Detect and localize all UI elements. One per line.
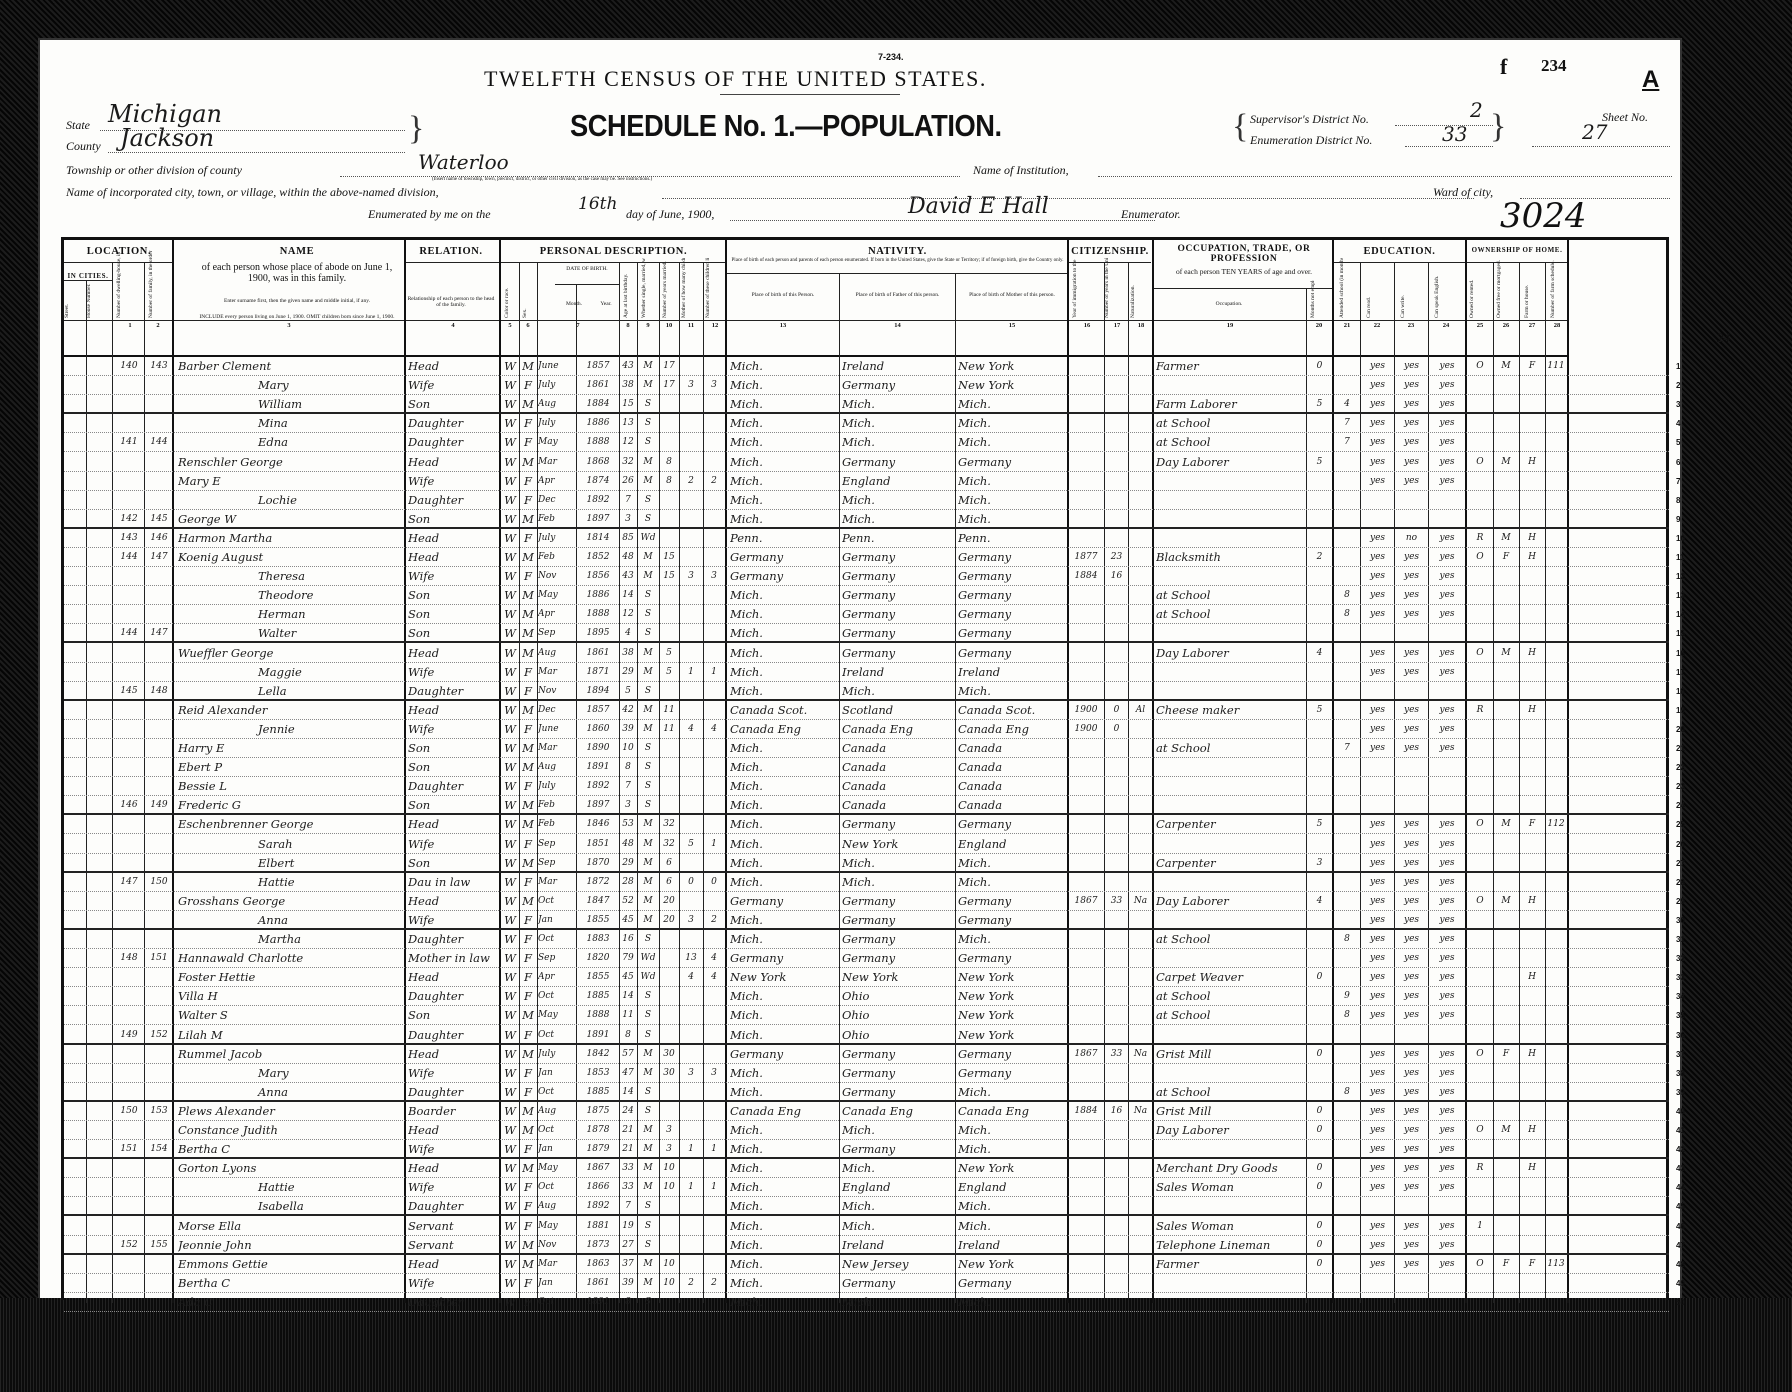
mother-of-children-cell: 1 <box>679 1178 703 1197</box>
sex-cell: M <box>519 892 537 911</box>
farm-or-house-cell <box>1519 1140 1545 1159</box>
mother-of-children-cell: 2 <box>679 472 703 491</box>
institution-label: Name of Institution, <box>973 163 1069 178</box>
birth-year-cell: 1897 <box>577 796 619 815</box>
dwelling-number-cell <box>114 472 144 491</box>
birthplace-father-cell: Germany <box>842 644 954 663</box>
owned-or-rented-cell <box>1467 1102 1493 1121</box>
col-num: 16 <box>1069 322 1105 329</box>
can-write-cell <box>1395 510 1428 529</box>
birthplace-mother-cell: Mich. <box>958 433 1066 452</box>
mother-of-children-cell <box>679 510 703 529</box>
can-read-cell: yes <box>1361 1217 1394 1236</box>
marital-header: Whether single, married, widowed, or div… <box>641 258 659 318</box>
occupation-cell: Day Laborer <box>1156 453 1306 472</box>
line-number: 22 <box>1676 758 1685 777</box>
birth-year-cell: 1891 <box>577 1026 619 1045</box>
children-living-cell <box>703 777 725 796</box>
immigration-year-cell <box>1068 1006 1104 1025</box>
attended-school-cell: 8 <box>1334 930 1360 949</box>
owned-free-mortgaged-cell: M <box>1493 529 1519 548</box>
table-row: 151154Bertha CWifeWFJan187921M311Mich.Ge… <box>64 1140 1669 1159</box>
occupation-cell: Carpet Weaver <box>1156 968 1306 987</box>
owned-free-mortgaged-cell <box>1493 682 1519 701</box>
marital-status-cell: S <box>637 1006 659 1025</box>
birthplace-father-cell: Germany <box>842 624 954 643</box>
children-living-cell <box>703 510 725 529</box>
can-write-cell: yes <box>1395 930 1428 949</box>
farm-schedule-number-cell <box>1545 1083 1567 1102</box>
months-unemployed-cell: 5 <box>1307 701 1332 720</box>
farm-schedule-number-cell <box>1545 1006 1567 1025</box>
birth-month-cell: Jan <box>538 1064 576 1083</box>
sex-cell: M <box>519 1255 537 1274</box>
occupation-cell: at School <box>1156 1006 1306 1025</box>
owned-or-rented-cell <box>1467 1026 1493 1045</box>
farm-or-house-cell <box>1519 796 1545 815</box>
occupation-cell <box>1156 1140 1306 1159</box>
birthplace-mother-cell: New York <box>958 968 1066 987</box>
can-write-cell: yes <box>1395 663 1428 682</box>
relationship-cell: Wife <box>408 376 498 395</box>
farm-schedule-number-cell <box>1545 758 1567 777</box>
family-number-cell <box>146 777 172 796</box>
months-unemployed-cell <box>1307 1083 1332 1102</box>
dwelling-number-cell <box>114 911 144 930</box>
can-speak-english-cell: yes <box>1429 567 1465 586</box>
dwelling-number-cell <box>114 644 144 663</box>
col-num: 3 <box>174 322 404 329</box>
can-read-cell <box>1361 758 1394 777</box>
color-race-cell: W <box>501 1045 519 1064</box>
age-header: Age at last birthday. <box>623 258 633 318</box>
birthplace-mother-cell: Germany <box>958 453 1066 472</box>
owned-or-rented-cell: R <box>1467 529 1493 548</box>
sheet-letter: A <box>1642 66 1659 94</box>
color-race-cell: W <box>501 1026 519 1045</box>
children-living-cell <box>703 1236 725 1255</box>
owned-free-mortgaged-cell <box>1493 395 1519 414</box>
marital-status-cell: S <box>637 1197 659 1216</box>
owned-free-mortgaged-cell <box>1493 987 1519 1006</box>
birthplace-person-cell: Mich. <box>730 1217 838 1236</box>
family-number-cell <box>146 1083 172 1102</box>
mother-of-children-cell <box>679 605 703 624</box>
sex-cell: F <box>519 663 537 682</box>
can-read-cell: yes <box>1361 873 1394 892</box>
owned-or-rented-cell <box>1467 510 1493 529</box>
line-number: 28 <box>1676 873 1685 892</box>
dwelling-number-cell: 151 <box>114 1140 144 1159</box>
person-name-cell: Bertha C <box>178 1274 402 1293</box>
farm-or-house-cell <box>1519 758 1545 777</box>
birthplace-person-cell: Mich. <box>730 644 838 663</box>
children-living-cell <box>703 395 725 414</box>
naturalization-cell: Na <box>1129 1102 1152 1121</box>
years-married-cell <box>659 758 679 777</box>
farm-or-house-cell <box>1519 1064 1545 1083</box>
family-number-cell <box>146 911 172 930</box>
person-name-cell: Eschenbrenner George <box>178 815 402 834</box>
color-race-cell: W <box>501 873 519 892</box>
table-row: HermanSonWMApr188812SMich.GermanyGermany… <box>64 605 1669 624</box>
children-living-cell: 1 <box>703 1140 725 1159</box>
owned-or-rented-cell <box>1467 1140 1493 1159</box>
owned-free-mortgaged-cell <box>1493 433 1519 452</box>
naturalization-cell <box>1129 433 1152 452</box>
years-married-cell: 6 <box>659 873 679 892</box>
owned-free-mortgaged-cell: F <box>1493 1045 1519 1064</box>
age-cell: 29 <box>619 854 637 873</box>
can-read-cell: yes <box>1361 357 1394 376</box>
can-read-cell: yes <box>1361 930 1394 949</box>
sex-cell: F <box>519 1083 537 1102</box>
owned-or-rented-cell <box>1467 796 1493 815</box>
owned-free-mortgaged-cell: M <box>1493 357 1519 376</box>
birthplace-person-cell: Canada Eng <box>730 720 838 739</box>
age-cell: 39 <box>619 1274 637 1293</box>
person-name-cell: Mary E <box>178 472 402 491</box>
owned-or-rented-cell <box>1467 472 1493 491</box>
family-number-cell: 150 <box>146 873 172 892</box>
birth-year-cell: 1875 <box>577 1102 619 1121</box>
dwelling-number-cell: 142 <box>114 510 144 529</box>
owned-or-rented-cell: 1 <box>1467 1217 1493 1236</box>
immigration-year-cell <box>1068 1140 1104 1159</box>
occupation-cell: Sales Woman <box>1156 1217 1306 1236</box>
naturalization-cell <box>1129 1026 1152 1045</box>
birthplace-person-cell: Mich. <box>730 605 838 624</box>
farm-schedule-number-cell: 112 <box>1545 815 1567 834</box>
immigration-year-cell <box>1068 835 1104 854</box>
name-description: of each person whose place of abode on J… <box>192 262 402 284</box>
birthplace-mother-cell: Canada <box>958 739 1066 758</box>
color-race-cell: W <box>501 1236 519 1255</box>
mother-of-children-cell <box>679 548 703 567</box>
sex-cell: M <box>519 586 537 605</box>
citizenship-header: CITIZENSHIP. <box>1069 246 1151 257</box>
attended-school-cell <box>1334 758 1360 777</box>
can-write-cell: yes <box>1395 414 1428 433</box>
age-cell: 8 <box>619 1026 637 1045</box>
line-number: 40 <box>1676 1102 1685 1121</box>
birth-year-cell: 1881 <box>577 1217 619 1236</box>
dwelling-number-cell <box>114 987 144 1006</box>
farm-or-house-cell: F <box>1519 357 1545 376</box>
owned-or-rented-cell: R <box>1467 701 1493 720</box>
person-name-cell: Plews Alexander <box>178 1102 402 1121</box>
person-name-cell: Herman <box>178 605 402 624</box>
mother-of-children-cell: 1 <box>679 663 703 682</box>
owned-or-rented-cell: O <box>1467 1255 1493 1274</box>
can-speak-english-cell <box>1429 758 1465 777</box>
can-write-cell: yes <box>1395 854 1428 873</box>
can-write-cell: yes <box>1395 605 1428 624</box>
enumerator-label: Enumerator. <box>1121 207 1181 222</box>
immigration-year-cell <box>1068 1121 1104 1140</box>
naturalization-cell <box>1129 395 1152 414</box>
relationship-cell: Daughter <box>408 1293 498 1312</box>
birthplace-person-cell: Mich. <box>730 1197 838 1216</box>
occupation-cell <box>1156 949 1306 968</box>
years-married-cell <box>659 510 679 529</box>
can-speak-english-cell <box>1429 510 1465 529</box>
attended-school-cell: 8 <box>1334 605 1360 624</box>
birthplace-person-cell: Mich. <box>730 510 838 529</box>
person-name-cell: Ada C <box>178 1293 402 1312</box>
birthplace-father-cell: Mich. <box>842 1121 954 1140</box>
birthplace-father-cell: Germany <box>842 567 954 586</box>
mother-of-header: Mother of how many children. <box>681 258 699 318</box>
months-unemployed-cell: 2 <box>1307 548 1332 567</box>
naturalization-cell <box>1129 854 1152 873</box>
can-write-cell: yes <box>1395 1102 1428 1121</box>
birthplace-father-cell: Penn. <box>842 529 954 548</box>
age-cell: 45 <box>619 911 637 930</box>
relationship-cell: Daughter <box>408 777 498 796</box>
table-row: HattieWifeWFOct186633M1011Mich.EnglandEn… <box>64 1178 1669 1197</box>
can-speak-english-cell: yes <box>1429 605 1465 624</box>
farm-or-house-cell: F <box>1519 815 1545 834</box>
months-unemployed-cell <box>1307 567 1332 586</box>
children-living-cell <box>703 586 725 605</box>
can-write-cell: yes <box>1395 835 1428 854</box>
birthplace-person-cell: Mich. <box>730 835 838 854</box>
can-speak-english-cell <box>1429 491 1465 510</box>
naturalization-cell <box>1129 796 1152 815</box>
line-number: 12 <box>1676 567 1685 586</box>
birthplace-person-cell: Mich. <box>730 663 838 682</box>
can-read-cell <box>1361 491 1394 510</box>
can-read-cell: yes <box>1361 548 1394 567</box>
can-read-cell: yes <box>1361 663 1394 682</box>
relationship-cell: Head <box>408 892 498 911</box>
owned-or-rented-cell <box>1467 395 1493 414</box>
years-in-us-cell <box>1105 491 1128 510</box>
age-cell: 10 <box>619 739 637 758</box>
owned-free-mortgaged-cell <box>1493 835 1519 854</box>
person-name-cell: Harmon Martha <box>178 529 402 548</box>
sex-cell: M <box>519 453 537 472</box>
in-cities-header: IN CITIES. <box>64 272 112 280</box>
attended-school-cell <box>1334 892 1360 911</box>
age-cell: 13 <box>619 414 637 433</box>
can-write-cell: yes <box>1395 586 1428 605</box>
farm-or-house-cell <box>1519 1217 1545 1236</box>
marital-status-cell: M <box>637 453 659 472</box>
line-number: 36 <box>1676 1026 1685 1045</box>
naturalization-cell <box>1129 1121 1152 1140</box>
months-unemployed-header: Months not employed. <box>1310 280 1328 318</box>
can-write-cell: yes <box>1395 376 1428 395</box>
color-race-cell: W <box>501 949 519 968</box>
owned-or-rented-cell <box>1467 739 1493 758</box>
birthplace-father-cell: Canada <box>842 739 954 758</box>
immigration-year-cell <box>1068 1255 1104 1274</box>
birthplace-father-cell: Mich. <box>842 873 954 892</box>
occupation-cell: Grist Mill <box>1156 1102 1306 1121</box>
occupation-cell <box>1156 624 1306 643</box>
birthplace-father-cell: Germany <box>842 911 954 930</box>
naturalization-cell <box>1129 472 1152 491</box>
can-read-cell <box>1361 777 1394 796</box>
children-living-cell: 2 <box>703 1274 725 1293</box>
relationship-cell: Boarder <box>408 1102 498 1121</box>
farm-schedule-number-cell <box>1545 663 1567 682</box>
attended-school-cell <box>1334 1064 1360 1083</box>
age-cell: 43 <box>619 357 637 376</box>
birth-month-cell: Jan <box>538 1274 576 1293</box>
years-in-us-cell: 33 <box>1105 1045 1128 1064</box>
page-mark: f <box>1500 54 1507 80</box>
age-cell: 48 <box>619 835 637 854</box>
can-speak-english-cell: yes <box>1429 987 1465 1006</box>
col-num: 27 <box>1519 322 1545 329</box>
can-speak-english-cell: yes <box>1429 930 1465 949</box>
can-speak-english-cell: yes <box>1429 873 1465 892</box>
owned-or-rented-cell <box>1467 586 1493 605</box>
relationship-cell: Son <box>408 796 498 815</box>
occupation-cell: at School <box>1156 414 1306 433</box>
years-in-us-cell <box>1105 510 1128 529</box>
naturalization-cell <box>1129 1159 1152 1178</box>
line-number: 6 <box>1676 453 1680 472</box>
sex-cell: F <box>519 968 537 987</box>
birth-month-cell: July <box>538 376 576 395</box>
birth-month-cell: Oct <box>538 1293 576 1312</box>
sex-cell: F <box>519 949 537 968</box>
birth-year-cell: 1857 <box>577 357 619 376</box>
years-in-us-cell <box>1105 968 1128 987</box>
years-married-cell <box>659 1217 679 1236</box>
immigration-year-cell <box>1068 796 1104 815</box>
naturalization-cell <box>1129 624 1152 643</box>
birthplace-person-cell: Mich. <box>730 777 838 796</box>
birthplace-father-cell: Canada <box>842 758 954 777</box>
naturalization-cell <box>1129 777 1152 796</box>
birth-month-cell: Mar <box>538 453 576 472</box>
relationship-cell: Head <box>408 453 498 472</box>
children-living-cell <box>703 854 725 873</box>
dwelling-number-cell <box>114 1083 144 1102</box>
line-number: 50 <box>1676 1293 1685 1312</box>
occupation-cell: Farmer <box>1156 1255 1306 1274</box>
immigration-year-cell: 1900 <box>1068 720 1104 739</box>
birth-month-cell: May <box>538 586 576 605</box>
sex-cell: F <box>519 433 537 452</box>
family-number-cell <box>146 1217 172 1236</box>
owned-free-mortgaged-cell <box>1493 510 1519 529</box>
birth-month-cell: Oct <box>538 1026 576 1045</box>
years-in-us-cell <box>1105 815 1128 834</box>
immigration-year-cell <box>1068 1064 1104 1083</box>
can-speak-english-cell: yes <box>1429 911 1465 930</box>
mother-of-children-cell: 3 <box>679 376 703 395</box>
birthplace-person-cell: Germany <box>730 892 838 911</box>
farm-schedule-number-cell <box>1545 892 1567 911</box>
owned-or-rented-cell: O <box>1467 644 1493 663</box>
age-cell: 85 <box>619 529 637 548</box>
can-read-cell <box>1361 682 1394 701</box>
dwelling-number-cell <box>114 663 144 682</box>
years-married-cell: 11 <box>659 720 679 739</box>
years-married-cell: 11 <box>659 701 679 720</box>
owned-free-mortgaged-cell <box>1493 663 1519 682</box>
attended-school-cell <box>1334 854 1360 873</box>
birth-year-cell: 1885 <box>577 1083 619 1102</box>
birthplace-person-cell: Mich. <box>730 815 838 834</box>
naturalization-cell <box>1129 1217 1152 1236</box>
mother-of-children-cell <box>679 1026 703 1045</box>
immigration-year-cell <box>1068 472 1104 491</box>
col-num: 24 <box>1428 322 1464 329</box>
sex-cell: M <box>519 1159 537 1178</box>
occupation-description: of each person TEN YEARS of age and over… <box>1154 268 1334 276</box>
sex-cell: F <box>519 987 537 1006</box>
family-number-cell <box>146 758 172 777</box>
can-read-cell: yes <box>1361 701 1394 720</box>
marital-status-cell: S <box>637 491 659 510</box>
naturalization-cell <box>1129 1197 1152 1216</box>
person-name-cell: Morse Ella <box>178 1217 402 1236</box>
years-married-cell <box>659 624 679 643</box>
birth-year-cell: 1888 <box>577 605 619 624</box>
line-number: 19 <box>1676 701 1685 720</box>
table-row: Ada CDaughterWFOct18918SMich.Mich.Mich.5… <box>64 1293 1669 1312</box>
can-speak-english-cell: yes <box>1429 1006 1465 1025</box>
owned-free-mortgaged-cell: M <box>1493 644 1519 663</box>
person-name-cell: Constance Judith <box>178 1121 402 1140</box>
immigration-year-cell <box>1068 1197 1104 1216</box>
can-write-cell <box>1395 777 1428 796</box>
col-num: 11 <box>679 322 703 329</box>
can-write-cell: yes <box>1395 1236 1428 1255</box>
age-cell: 38 <box>619 376 637 395</box>
mother-of-children-cell <box>679 1102 703 1121</box>
birthplace-person-cell: Mich. <box>730 911 838 930</box>
farm-schedule-number-cell <box>1545 1026 1567 1045</box>
naturalization-cell <box>1129 1064 1152 1083</box>
owned-or-rented-cell <box>1467 682 1493 701</box>
farm-schedule-number-cell <box>1545 433 1567 452</box>
birth-month-cell: Mar <box>538 663 576 682</box>
owned-or-rented-cell <box>1467 873 1493 892</box>
dwelling-number-cell <box>114 395 144 414</box>
birthplace-person-cell: Mich. <box>730 1083 838 1102</box>
family-number-cell <box>146 1274 172 1293</box>
owned-free-mortgaged-cell: M <box>1493 892 1519 911</box>
can-read-cell: yes <box>1361 1083 1394 1102</box>
birthplace-mother-cell: Mich. <box>958 1140 1066 1159</box>
occupation-cell: at School <box>1156 739 1306 758</box>
attended-school-cell <box>1334 548 1360 567</box>
dwelling-number-cell <box>114 567 144 586</box>
sex-cell: F <box>519 777 537 796</box>
can-speak-english-cell: yes <box>1429 1102 1465 1121</box>
sex-header: Sex. <box>522 280 532 318</box>
age-cell: 38 <box>619 644 637 663</box>
family-number-cell: 147 <box>146 548 172 567</box>
dwelling-number-cell <box>114 414 144 433</box>
attended-school-cell <box>1334 567 1360 586</box>
col-num: 20 <box>1306 322 1332 329</box>
months-unemployed-cell <box>1307 1064 1332 1083</box>
months-unemployed-cell <box>1307 586 1332 605</box>
naturalization-cell <box>1129 758 1152 777</box>
marital-status-cell: S <box>637 796 659 815</box>
owned-or-rented-cell <box>1467 1006 1493 1025</box>
line-number: 42 <box>1676 1140 1685 1159</box>
